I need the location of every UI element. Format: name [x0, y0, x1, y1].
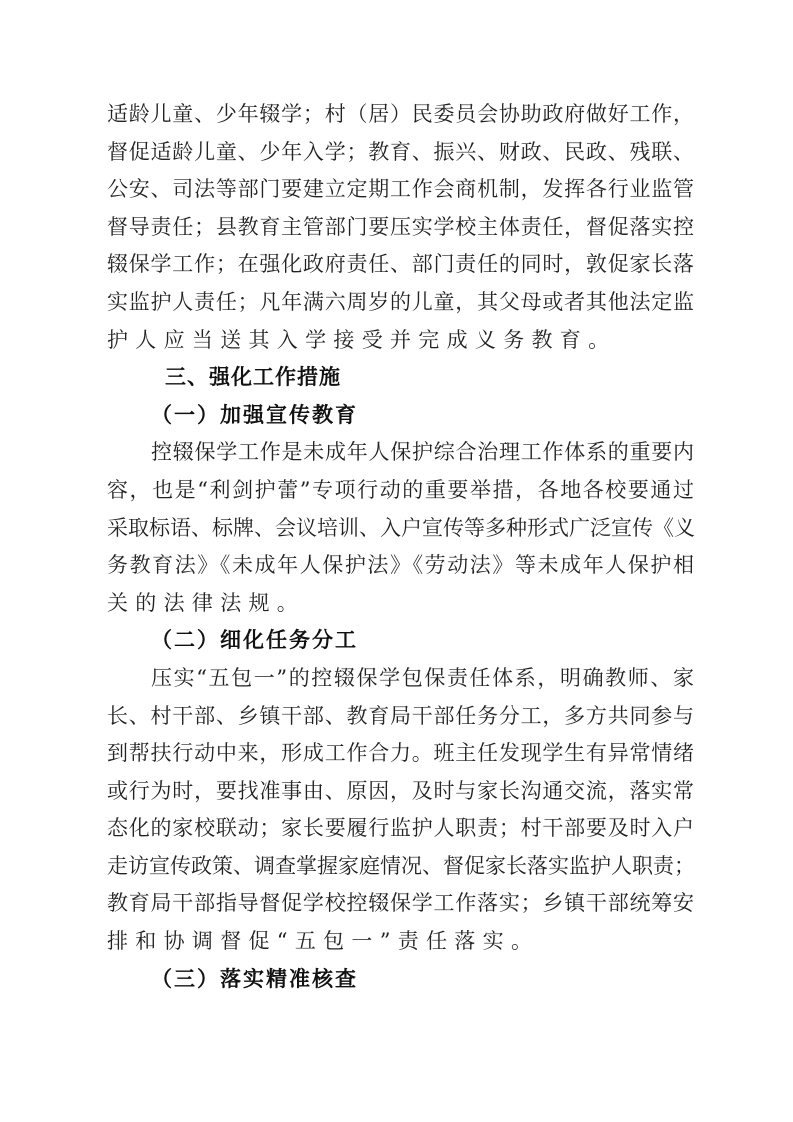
- subsection-heading: （三）落实精准核查: [107, 961, 694, 999]
- paragraph-line: 态化的家校联动；家长要履行监护人职责；村干部要及时入户: [107, 810, 694, 848]
- paragraph-line: 适龄儿童、少年辍学；村（居）民委员会协助政府做好工作，: [107, 96, 694, 134]
- paragraph-line: 公安、司法等部门要建立定期工作会商机制，发挥各行业监管: [107, 171, 694, 209]
- paragraph-line: 或行为时，要找准事由、原因，及时与家长沟通交流，落实常: [107, 773, 694, 811]
- paragraph-line: 采取标语、标牌、会议培训、入户宣传等多种形式广泛宣传《义: [107, 510, 694, 548]
- paragraph-line: 压实“五包一”的控辍保学包保责任体系，明确教师、家: [107, 660, 694, 698]
- paragraph-line: 容，也是“利剑护蕾”专项行动的重要举措，各地各校要通过: [107, 472, 694, 510]
- paragraph-line: 排和协调督促“五包一”责任落实。: [107, 923, 694, 961]
- paragraph-line: 教育局干部指导督促学校控辍保学工作落实；乡镇干部统筹安: [107, 885, 694, 923]
- paragraph-line: 督促适龄儿童、少年入学；教育、振兴、财政、民政、残联、: [107, 134, 694, 172]
- paragraph-line: 到帮扶行动中来，形成工作合力。班主任发现学生有异常情绪: [107, 735, 694, 773]
- document-page: 适龄儿童、少年辍学；村（居）民委员会协助政府做好工作， 督促适龄儿童、少年入学；…: [0, 0, 793, 1122]
- paragraph-line: 督导责任；县教育主管部门要压实学校主体责任，督促落实控: [107, 209, 694, 247]
- paragraph-line: 走访宣传政策、调查掌握家庭情况、督促家长落实监护人职责；: [107, 848, 694, 886]
- paragraph-line: 护人应当送其入学接受并完成义务教育。: [107, 322, 694, 360]
- section-heading: 三、强化工作措施: [107, 359, 694, 397]
- subsection-heading: （一）加强宣传教育: [107, 397, 694, 435]
- document-body: 适龄儿童、少年辍学；村（居）民委员会协助政府做好工作， 督促适龄儿童、少年入学；…: [107, 96, 694, 998]
- paragraph-line: 长、村干部、乡镇干部、教育局干部任务分工，多方共同参与: [107, 698, 694, 736]
- paragraph-line: 控辍保学工作是未成年人保护综合治理工作体系的重要内: [107, 434, 694, 472]
- paragraph-line: 关的法律法规。: [107, 585, 694, 623]
- paragraph-line: 务教育法》《未成年人保护法》《劳动法》等未成年人保护相: [107, 547, 694, 585]
- paragraph-line: 辍保学工作；在强化政府责任、部门责任的同时，敦促家长落: [107, 246, 694, 284]
- paragraph-line: 实监护人责任；凡年满六周岁的儿童，其父母或者其他法定监: [107, 284, 694, 322]
- subsection-heading: （二）细化任务分工: [107, 622, 694, 660]
